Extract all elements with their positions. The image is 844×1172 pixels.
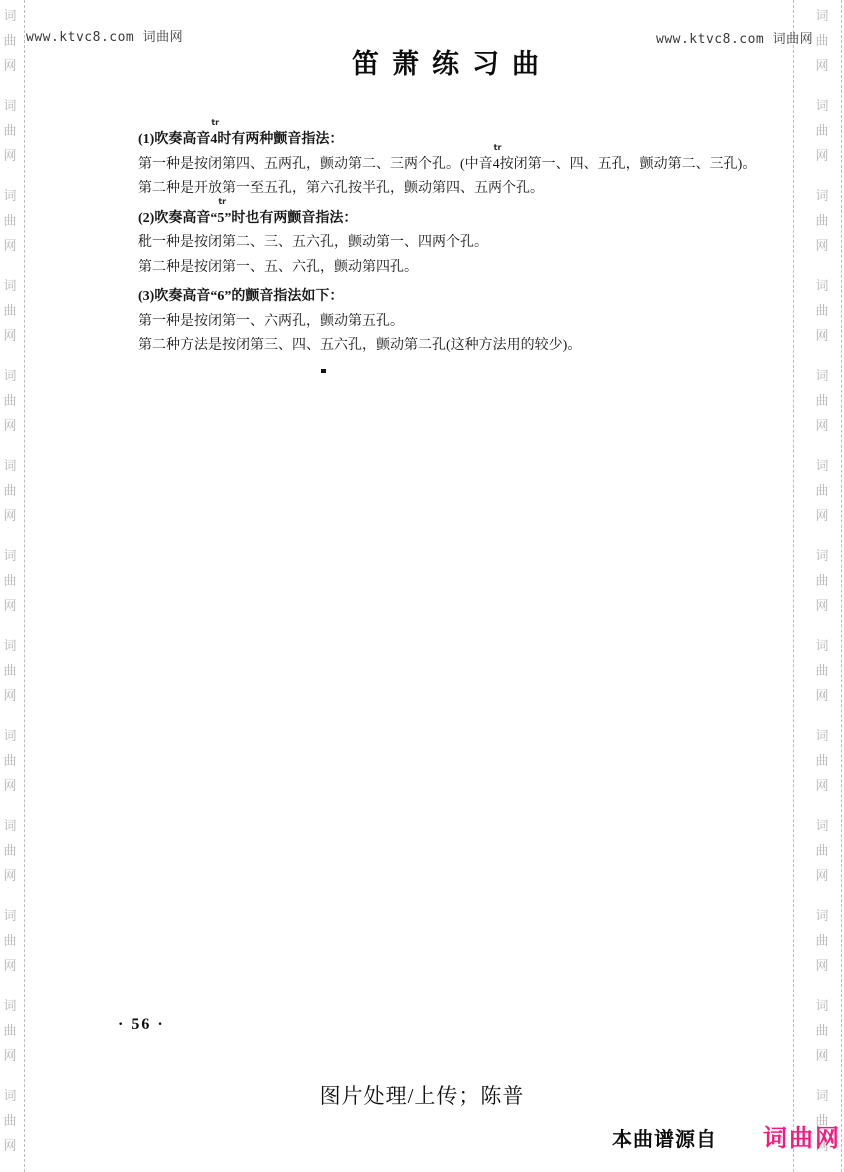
watermark-char: 词 bbox=[3, 633, 16, 658]
watermark-char: 网 bbox=[815, 953, 828, 978]
watermark-char: 网 bbox=[3, 953, 16, 978]
watermark-char: 曲 bbox=[3, 748, 16, 773]
watermark-group: 词曲网 bbox=[815, 903, 828, 978]
left-dashed-guide-line bbox=[24, 0, 25, 1172]
watermark-char: 词 bbox=[3, 273, 16, 298]
watermark-group: 词曲网 bbox=[3, 543, 16, 618]
instruction-line: 秕一种是按闭第二、三、五六孔，颤动第一、四两个孔。 bbox=[138, 231, 758, 256]
watermark-char: 曲 bbox=[3, 208, 16, 233]
watermark-group: 词曲网 bbox=[3, 723, 16, 798]
watermark-group: 词曲网 bbox=[3, 903, 16, 978]
trill-mark: tr bbox=[218, 198, 226, 206]
watermark-group: 词曲网 bbox=[3, 813, 16, 888]
instruction-line: 第二种方法是按闭第三、四、五六孔，颤动第二孔(这种方法用的较少)。 bbox=[138, 334, 758, 359]
watermark-char: 网 bbox=[815, 323, 828, 348]
note-with-trill: tr4 bbox=[493, 153, 500, 178]
note-with-trill: tr5 bbox=[217, 207, 224, 232]
watermark-char: 词 bbox=[3, 723, 16, 748]
page-number: · 56 · bbox=[118, 1016, 165, 1034]
watermark-char: 词 bbox=[815, 543, 828, 568]
watermark-char: 词 bbox=[815, 453, 828, 478]
watermark-group: 词曲网 bbox=[815, 543, 828, 618]
watermark-char: 词 bbox=[3, 543, 16, 568]
watermark-group: 词曲网 bbox=[3, 183, 16, 258]
watermark-group: 词曲网 bbox=[815, 93, 828, 168]
ink-speck bbox=[321, 369, 326, 373]
watermark-char: 网 bbox=[3, 413, 16, 438]
watermark-char: 曲 bbox=[815, 928, 828, 953]
watermark-char: 网 bbox=[3, 593, 16, 618]
trill-mark: tr bbox=[211, 119, 219, 127]
watermark-char: 曲 bbox=[815, 568, 828, 593]
watermark-char: 曲 bbox=[815, 388, 828, 413]
watermark-group: 词曲网 bbox=[815, 183, 828, 258]
instruction-heading: (2)吹奏高音“tr5”时也有两颤音指法： bbox=[138, 207, 758, 232]
instruction-line: 第二种是按闭第一、五、六孔，颤动第四孔。 bbox=[138, 256, 758, 281]
right-outer-dashed-guide-line bbox=[841, 0, 842, 1172]
watermark-char: 网 bbox=[815, 143, 828, 168]
watermark-char: 词 bbox=[3, 903, 16, 928]
watermark-char: 词 bbox=[815, 3, 828, 28]
watermark-char: 网 bbox=[815, 593, 828, 618]
watermark-char: 词 bbox=[3, 3, 16, 28]
watermark-char: 词 bbox=[815, 993, 828, 1018]
instruction-line: 第一种是按闭第四、五两孔，颤动第二、三两个孔。(中音tr4按闭第一、四、五孔，颤… bbox=[138, 153, 758, 178]
watermark-char: 词 bbox=[3, 813, 16, 838]
watermark-char: 网 bbox=[815, 863, 828, 888]
watermark-char: 曲 bbox=[815, 478, 828, 503]
source-site-name: 词曲网 bbox=[763, 1118, 841, 1153]
instruction-text-block: (1)吹奏高音tr4时有两种颤音指法：第一种是按闭第四、五两孔，颤动第二、三两个… bbox=[138, 128, 758, 359]
watermark-char: 词 bbox=[815, 363, 828, 388]
watermark-char: 曲 bbox=[3, 1018, 16, 1043]
watermark-group: 词曲网 bbox=[3, 363, 16, 438]
watermark-char: 网 bbox=[815, 773, 828, 798]
trill-mark: tr bbox=[494, 144, 502, 152]
instruction-line: 第一种是按闭第一、六两孔，颤动第五孔。 bbox=[138, 310, 758, 335]
watermark-char: 词 bbox=[3, 453, 16, 478]
watermark-char: 曲 bbox=[815, 118, 828, 143]
note-with-trill: tr4 bbox=[210, 128, 217, 153]
watermark-char: 网 bbox=[3, 683, 16, 708]
right-inner-dashed-guide-line bbox=[793, 0, 794, 1172]
watermark-char: 曲 bbox=[3, 388, 16, 413]
watermark-char: 曲 bbox=[3, 568, 16, 593]
watermark-group: 词曲网 bbox=[3, 453, 16, 528]
watermark-char: 网 bbox=[3, 143, 16, 168]
watermark-char: 词 bbox=[815, 723, 828, 748]
watermark-char: 曲 bbox=[815, 658, 828, 683]
watermark-char: 词 bbox=[815, 93, 828, 118]
watermark-char: 网 bbox=[815, 683, 828, 708]
watermark-char: 曲 bbox=[815, 1018, 828, 1043]
watermark-group: 词曲网 bbox=[3, 633, 16, 708]
watermark-group: 词曲网 bbox=[815, 363, 828, 438]
watermark-char: 词 bbox=[815, 273, 828, 298]
watermark-char: 曲 bbox=[3, 928, 16, 953]
watermark-char: 网 bbox=[3, 233, 16, 258]
watermark-char: 曲 bbox=[3, 118, 16, 143]
right-watermark-column: 词曲网词曲网词曲网词曲网词曲网词曲网词曲网词曲网词曲网词曲网词曲网词曲网词曲网 bbox=[814, 0, 830, 1172]
watermark-group: 词曲网 bbox=[815, 993, 828, 1068]
watermark-group: 词曲网 bbox=[815, 273, 828, 348]
watermark-char: 曲 bbox=[3, 838, 16, 863]
source-attribution: 本曲谱源自 词曲网 bbox=[612, 1118, 841, 1153]
watermark-char: 曲 bbox=[3, 298, 16, 323]
watermark-char: 词 bbox=[3, 993, 16, 1018]
watermark-char: 网 bbox=[3, 773, 16, 798]
watermark-char: 词 bbox=[815, 903, 828, 928]
watermark-char: 网 bbox=[3, 1043, 16, 1068]
page-title: 笛萧练习曲 bbox=[0, 42, 844, 81]
watermark-char: 网 bbox=[3, 503, 16, 528]
watermark-char: 曲 bbox=[3, 658, 16, 683]
watermark-char: 词 bbox=[3, 363, 16, 388]
uploader-credit: 图片处理/上传；陈普 bbox=[0, 1080, 844, 1110]
watermark-group: 词曲网 bbox=[3, 273, 16, 348]
watermark-char: 词 bbox=[815, 813, 828, 838]
watermark-char: 词 bbox=[815, 183, 828, 208]
watermark-char: 网 bbox=[3, 863, 16, 888]
watermark-group: 词曲网 bbox=[815, 633, 828, 708]
watermark-char: 网 bbox=[3, 1133, 16, 1158]
watermark-char: 曲 bbox=[3, 478, 16, 503]
watermark-char: 曲 bbox=[815, 298, 828, 323]
watermark-char: 网 bbox=[815, 413, 828, 438]
watermark-char: 曲 bbox=[815, 748, 828, 773]
instruction-heading: (3)吹奏高音“6”的颤音指法如下： bbox=[138, 285, 758, 310]
scanned-score-page: 词曲网词曲网词曲网词曲网词曲网词曲网词曲网词曲网词曲网词曲网词曲网词曲网词曲网 … bbox=[0, 0, 844, 1172]
watermark-char: 曲 bbox=[3, 1108, 16, 1133]
watermark-char: 网 bbox=[3, 323, 16, 348]
watermark-group: 词曲网 bbox=[3, 93, 16, 168]
watermark-char: 词 bbox=[3, 93, 16, 118]
watermark-char: 网 bbox=[815, 1043, 828, 1068]
left-watermark-column: 词曲网词曲网词曲网词曲网词曲网词曲网词曲网词曲网词曲网词曲网词曲网词曲网词曲网 bbox=[2, 0, 18, 1172]
watermark-group: 词曲网 bbox=[3, 993, 16, 1068]
watermark-char: 词 bbox=[3, 183, 16, 208]
watermark-char: 曲 bbox=[815, 838, 828, 863]
instruction-line: 第二种是开放第一至五孔，第六孔按半孔，颤动第四、五两个孔。 bbox=[138, 177, 758, 202]
watermark-char: 网 bbox=[815, 233, 828, 258]
watermark-group: 词曲网 bbox=[815, 453, 828, 528]
watermark-char: 词 bbox=[815, 633, 828, 658]
watermark-group: 词曲网 bbox=[815, 723, 828, 798]
watermark-group: 词曲网 bbox=[815, 813, 828, 888]
source-label: 本曲谱源自 bbox=[612, 1123, 717, 1152]
watermark-char: 网 bbox=[815, 503, 828, 528]
watermark-char: 曲 bbox=[815, 208, 828, 233]
instruction-heading: (1)吹奏高音tr4时有两种颤音指法： bbox=[138, 128, 758, 153]
